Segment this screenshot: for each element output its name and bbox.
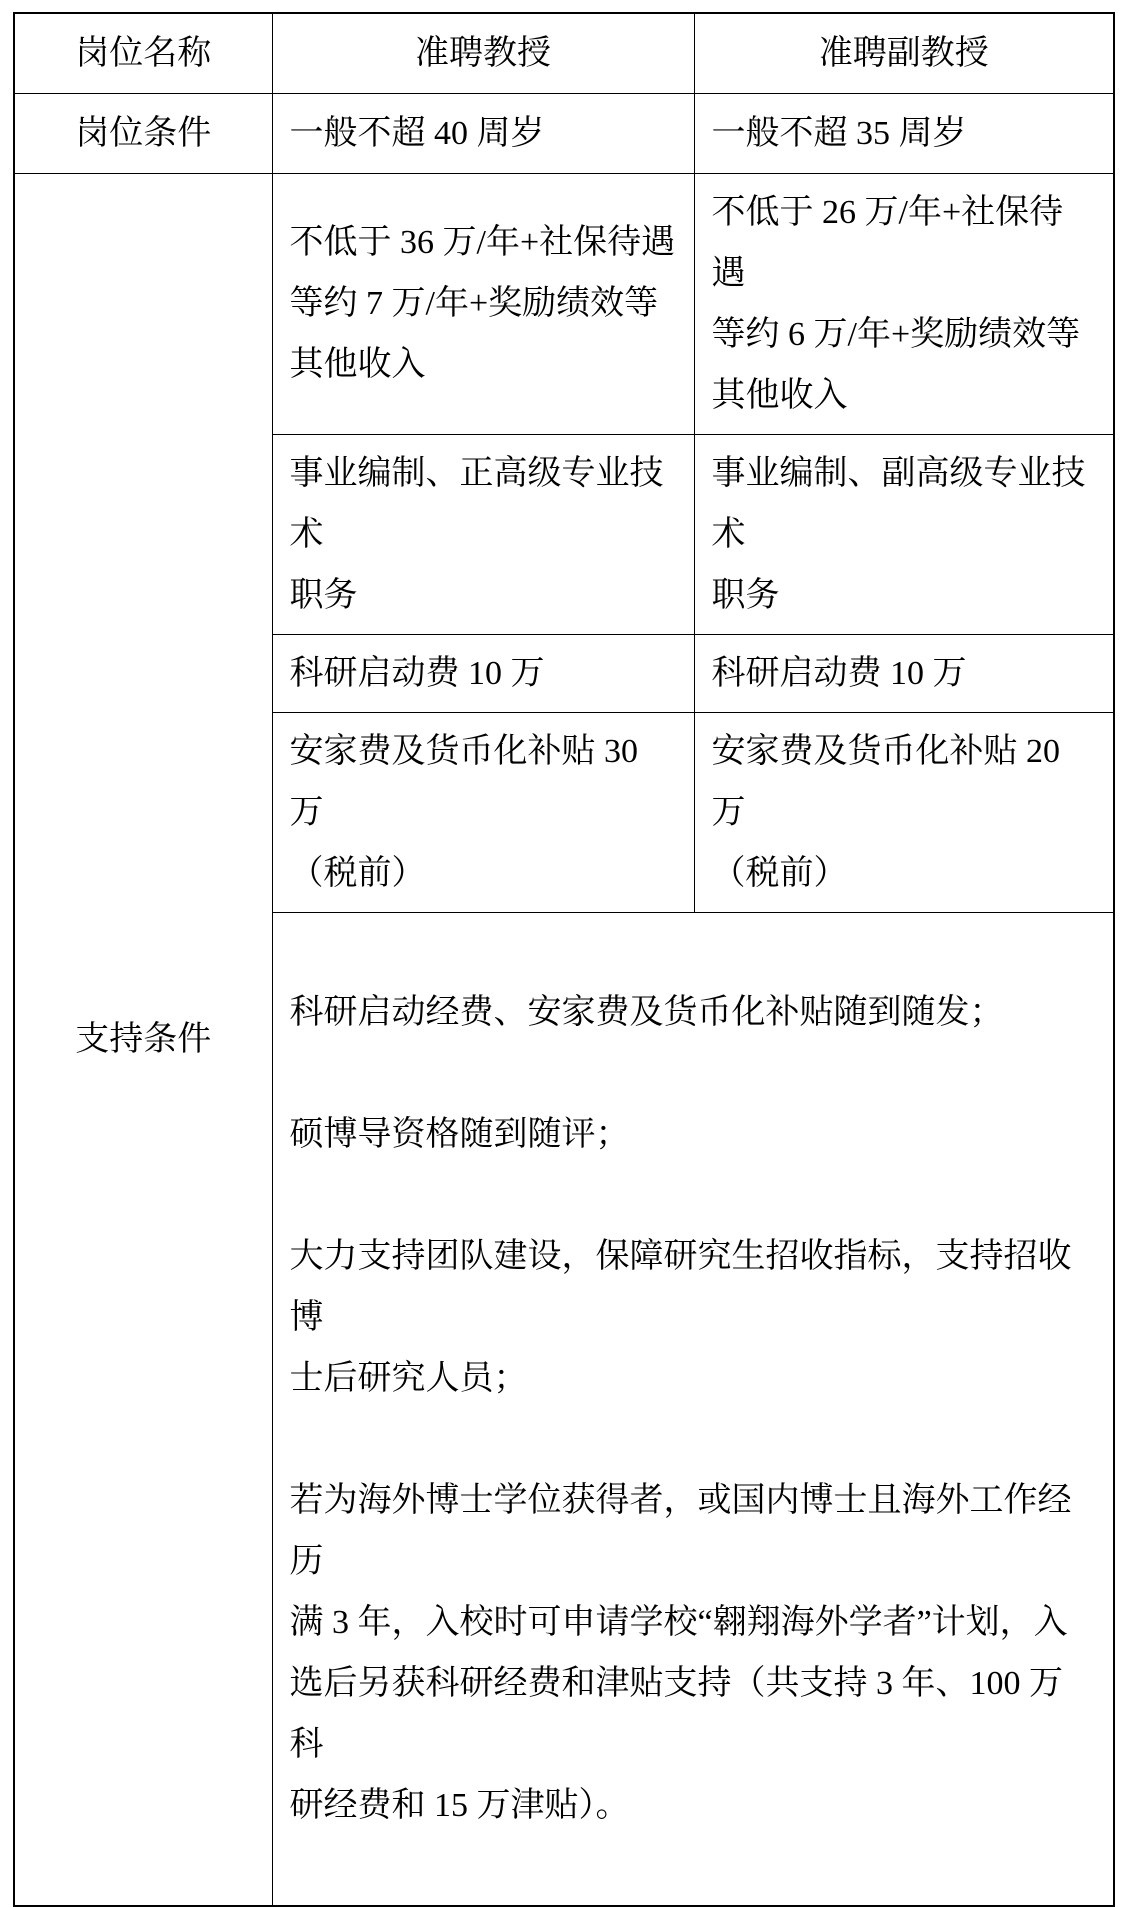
- note-team-building: 大力支持团队建设，保障研究生招收指标，支持招收博 士后研究人员；: [290, 1226, 1097, 1409]
- professor-establishment-title: 事业编制、正高级专业技术 职务: [272, 434, 694, 634]
- associate-professor-salary: 不低于 26 万/年+社保待遇 等约 6 万/年+奖励绩效等 其他收入: [694, 173, 1114, 434]
- associate-professor-establishment-title: 事业编制、副高级专业技术 职务: [694, 434, 1114, 634]
- document-page: 岗位名称 准聘教授 准聘副教授 岗位条件 一般不超 40 周岁 一般不超 35 …: [0, 0, 1128, 1290]
- header-associate-professor: 准聘副教授: [694, 13, 1114, 93]
- header-professor: 准聘教授: [272, 13, 694, 93]
- professor-research-startup-fund: 科研启动费 10 万: [272, 634, 694, 712]
- professor-settling-allowance: 安家费及货币化补贴 30 万 （税前）: [272, 712, 694, 912]
- header-position-name: 岗位名称: [14, 13, 272, 93]
- table-header-row: 岗位名称 准聘教授 准聘副教授: [14, 13, 1114, 93]
- associate-professor-age-requirement: 一般不超 35 周岁: [694, 93, 1114, 173]
- professor-age-requirement: 一般不超 40 周岁: [272, 93, 694, 173]
- note-supervisor-qualification: 硕博导资格随到随评；: [290, 1104, 1097, 1165]
- recruitment-conditions-table: 岗位名称 准聘教授 准聘副教授 岗位条件 一般不超 40 周岁 一般不超 35 …: [13, 12, 1115, 1907]
- shared-support-notes: 科研启动经费、安家费及货币化补贴随到随发； 硕博导资格随到随评； 大力支持团队建…: [272, 912, 1114, 1906]
- associate-professor-research-startup-fund: 科研启动费 10 万: [694, 634, 1114, 712]
- support-row-salary: 支持条件 不低于 36 万/年+社保待遇 等约 7 万/年+奖励绩效等 其他收入…: [14, 173, 1114, 434]
- position-requirements-label: 岗位条件: [14, 93, 272, 173]
- position-requirements-row: 岗位条件 一般不超 40 周岁 一般不超 35 周岁: [14, 93, 1114, 173]
- support-conditions-label: 支持条件: [14, 173, 272, 1906]
- note-overseas-scholar-program: 若为海外博士学位获得者，或国内博士且海外工作经历 满 3 年，入校时可申请学校“…: [290, 1470, 1097, 1836]
- professor-salary: 不低于 36 万/年+社保待遇 等约 7 万/年+奖励绩效等 其他收入: [272, 173, 694, 434]
- note-fund-disbursement: 科研启动经费、安家费及货币化补贴随到随发；: [290, 982, 1097, 1043]
- associate-professor-settling-allowance: 安家费及货币化补贴 20 万 （税前）: [694, 712, 1114, 912]
